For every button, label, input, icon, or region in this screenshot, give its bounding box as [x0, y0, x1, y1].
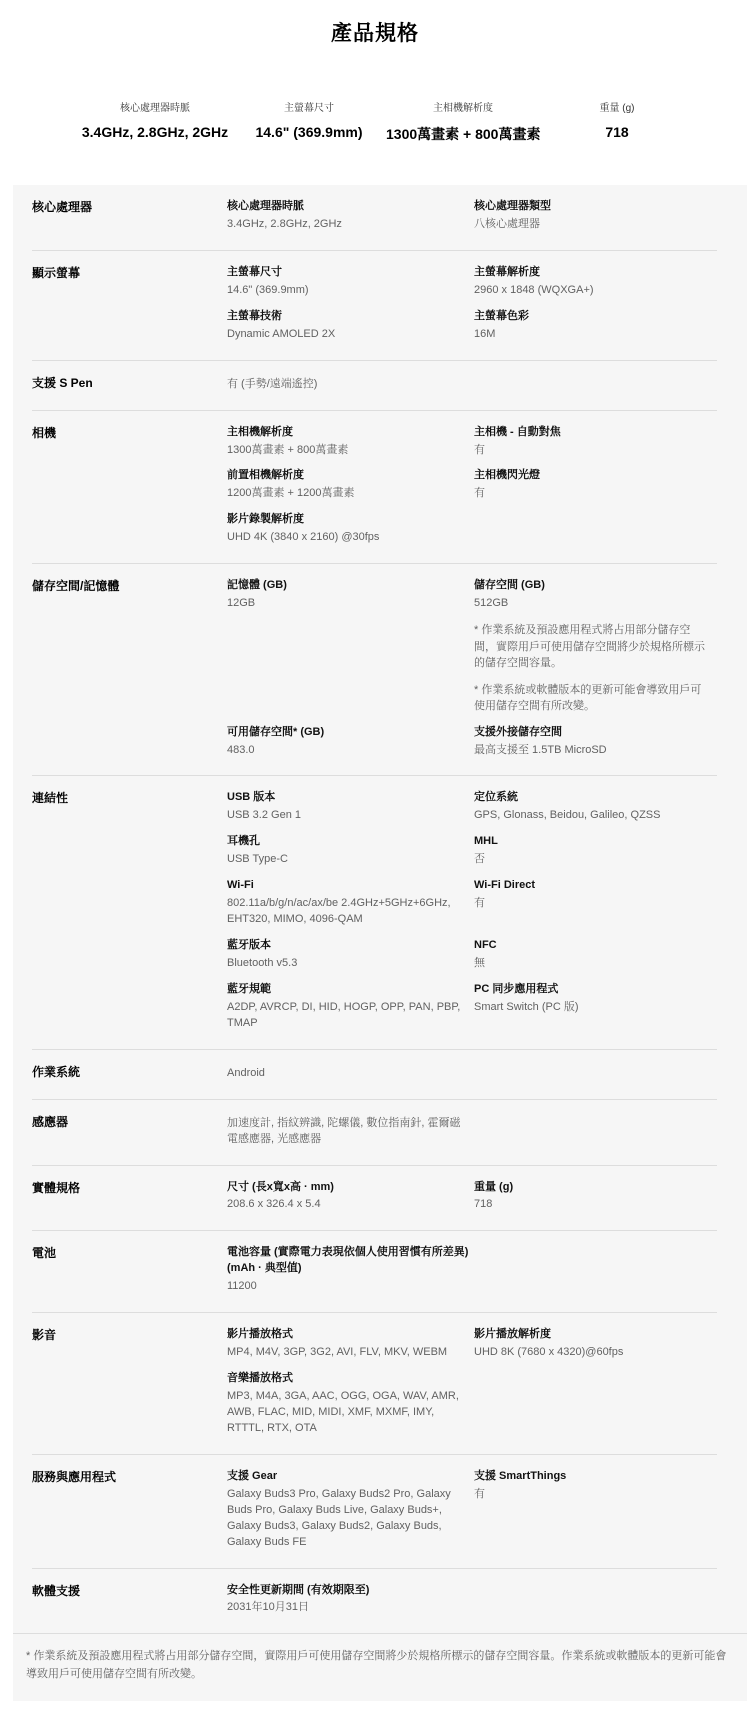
spec-field: 主螢幕色彩16M [474, 309, 717, 343]
field-value: 483.0 [227, 743, 464, 759]
field-label: 主相機解析度 [227, 425, 464, 441]
field-label: 主相機閃光燈 [474, 468, 707, 484]
field-label: 主螢幕技術 [227, 309, 464, 325]
spec-field: MHL否 [474, 834, 717, 868]
field-value: 無 [474, 956, 707, 972]
field-value: 1200萬畫素 + 1200萬畫素 [227, 486, 464, 502]
section-name: 核心處理器 [32, 199, 227, 233]
spec-field: 核心處理器類型八核心處理器 [474, 199, 717, 233]
field-label: 主螢幕色彩 [474, 309, 707, 325]
field-value: UHD 8K (7680 x 4320)@60fps [474, 1345, 707, 1361]
spec-field: Wi-Fi Direct有 [474, 878, 717, 928]
spec-field: 支援 SmartThings有 [474, 1469, 717, 1551]
field-value: MP3, M4A, 3GA, AAC, OGG, OGA, WAV, AMR, … [227, 1389, 464, 1437]
section-name: 電池 [32, 1245, 227, 1295]
field-label-line2: (mAh · 典型值) [227, 1261, 707, 1277]
field-value: 208.6 x 326.4 x 5.4 [227, 1197, 464, 1213]
field-value: 最高支援至 1.5TB MicroSD [474, 743, 707, 759]
spec-summary-bar: 核心處理器時脈3.4GHz, 2.8GHz, 2GHz主螢幕尺寸14.6" (3… [22, 99, 750, 144]
field-value: 512GB [474, 596, 707, 612]
field-label: USB 版本 [227, 790, 464, 806]
field-label: 支援 Gear [227, 1469, 464, 1485]
field-label: 定位系統 [474, 790, 707, 806]
spec-field: 安全性更新期間 (有效期限至)2031年10月31日 [227, 1583, 474, 1617]
field-value: USB Type-C [227, 852, 464, 868]
field-label: NFC [474, 938, 707, 954]
field-label: 影片播放格式 [227, 1327, 464, 1343]
field-label: 藍牙規範 [227, 982, 464, 998]
field-value: 2031年10月31日 [227, 1600, 464, 1616]
field-label: PC 同步應用程式 [474, 982, 707, 998]
field-label: Wi-Fi Direct [474, 878, 707, 894]
spec-field: 支援 GearGalaxy Buds3 Pro, Galaxy Buds2 Pr… [227, 1469, 474, 1551]
section-row: 感應器加速度計, 指紋辨識, 陀螺儀, 數位指南針, 霍爾磁電感應器, 光感應器 [32, 1099, 717, 1165]
spec-table: 核心處理器核心處理器時脈3.4GHz, 2.8GHz, 2GHz核心處理器類型八… [13, 185, 747, 1701]
section-name: 影音 [32, 1327, 227, 1361]
field-label: 尺寸 (長x寬x高 · mm) [227, 1180, 464, 1196]
field-value: 16M [474, 327, 707, 343]
field-label: 主螢幕解析度 [474, 265, 707, 281]
spec-field: 前置相機解析度1200萬畫素 + 1200萬畫素 [227, 468, 474, 502]
field-value: 有 (手勢/遠端遙控) [227, 377, 464, 393]
field-label: 主相機 - 自動對焦 [474, 425, 707, 441]
section-row: 支援 S Pen有 (手勢/遠端遙控) [32, 360, 717, 410]
spec-field: NFC無 [474, 938, 717, 972]
section-name: 儲存空間/記憶體 [32, 578, 227, 612]
field-label: 耳機孔 [227, 834, 464, 850]
field-label: Wi-Fi [227, 878, 464, 894]
field-value: 否 [474, 852, 707, 868]
spec-field: 電池容量 (實際電力表現依個人使用習慣有所差異)(mAh · 典型值)11200 [227, 1245, 717, 1295]
field-label: 電池容量 (實際電力表現依個人使用習慣有所差異) [227, 1245, 707, 1261]
summary-label: 重量 (g) [540, 99, 694, 114]
summary-item: 主相機解析度1300萬畫素 + 800萬畫素 [386, 99, 540, 144]
spec-field: 藍牙規範A2DP, AVRCP, DI, HID, HOGP, OPP, PAN… [227, 982, 474, 1032]
field-value: GPS, Glonass, Beidou, Galileo, QZSS [474, 808, 707, 824]
field-label: 核心處理器類型 [474, 199, 707, 215]
field-label: 安全性更新期間 (有效期限至) [227, 1583, 464, 1599]
field-label: MHL [474, 834, 707, 850]
field-label: 主螢幕尺寸 [227, 265, 464, 281]
section-name: 支援 S Pen [32, 375, 227, 393]
summary-label: 核心處理器時脈 [78, 99, 232, 114]
spec-field: USB 版本USB 3.2 Gen 1 [227, 790, 474, 824]
section-name: 相機 [32, 425, 227, 459]
field-value: Android [227, 1066, 464, 1082]
note-text: * 作業系統及預設應用程式將占用部分儲存空間，實際用戶可使用儲存空間將少於規格所… [474, 622, 707, 672]
field-value: 八核心處理器 [474, 217, 707, 233]
spec-field: PC 同步應用程式Smart Switch (PC 版) [474, 982, 717, 1032]
field-value: UHD 4K (3840 x 2160) @30fps [227, 530, 464, 546]
spec-field: 重量 (g)718 [474, 1180, 717, 1214]
spec-field: 記憶體 (GB)12GB [227, 578, 474, 612]
section-row: 顯示螢幕主螢幕尺寸14.6" (369.9mm)主螢幕解析度2960 x 184… [32, 250, 717, 360]
section-name: 服務與應用程式 [32, 1469, 227, 1551]
field-label: 影片錄製解析度 [227, 512, 464, 528]
storage-note: * 作業系統及預設應用程式將占用部分儲存空間，實際用戶可使用儲存空間將少於規格所… [474, 622, 717, 672]
section-row: 軟體支援安全性更新期間 (有效期限至)2031年10月31日 [32, 1568, 717, 1634]
storage-note: * 作業系統或軟體版本的更新可能會導致用戶可使用儲存空間有所改變。 [474, 682, 717, 715]
section-row: 影音影片播放格式MP4, M4V, 3GP, 3G2, AVI, FLV, MK… [32, 1312, 717, 1454]
section-row: 儲存空間/記憶體記憶體 (GB)12GB儲存空間 (GB)512GB* 作業系統… [32, 563, 717, 775]
field-value: Smart Switch (PC 版) [474, 1000, 707, 1016]
spec-field: 核心處理器時脈3.4GHz, 2.8GHz, 2GHz [227, 199, 474, 233]
field-label: 儲存空間 (GB) [474, 578, 707, 594]
spec-field: 主螢幕尺寸14.6" (369.9mm) [227, 265, 474, 299]
section-row: 相機主相機解析度1300萬畫素 + 800萬畫素主相機 - 自動對焦有前置相機解… [32, 410, 717, 564]
spec-field: 支援外接儲存空間最高支援至 1.5TB MicroSD [474, 725, 717, 759]
spec-field: 定位系統GPS, Glonass, Beidou, Galileo, QZSS [474, 790, 717, 824]
summary-value: 14.6" (369.9mm) [232, 124, 386, 140]
field-value: 加速度計, 指紋辨識, 陀螺儀, 數位指南針, 霍爾磁電感應器, 光感應器 [227, 1116, 464, 1148]
summary-item: 核心處理器時脈3.4GHz, 2.8GHz, 2GHz [78, 99, 232, 144]
field-value: Bluetooth v5.3 [227, 956, 464, 972]
section-name: 感應器 [32, 1114, 227, 1148]
summary-value: 1300萬畫素 + 800萬畫素 [386, 124, 540, 144]
spec-field: 影片播放解析度UHD 8K (7680 x 4320)@60fps [474, 1327, 717, 1361]
field-label: 重量 (g) [474, 1180, 707, 1196]
field-value: Galaxy Buds3 Pro, Galaxy Buds2 Pro, Gala… [227, 1487, 464, 1551]
field-label: 支援外接儲存空間 [474, 725, 707, 741]
spec-field: 影片播放格式MP4, M4V, 3GP, 3G2, AVI, FLV, MKV,… [227, 1327, 474, 1361]
spec-field: 主相機閃光燈有 [474, 468, 717, 502]
section-row: 作業系統Android [32, 1049, 717, 1099]
field-value: USB 3.2 Gen 1 [227, 808, 464, 824]
spec-field: 藍牙版本Bluetooth v5.3 [227, 938, 474, 972]
spec-field: 主相機 - 自動對焦有 [474, 425, 717, 459]
spec-field: 有 (手勢/遠端遙控) [227, 375, 474, 393]
spec-field: 主相機解析度1300萬畫素 + 800萬畫素 [227, 425, 474, 459]
spec-field: Wi-Fi802.11a/b/g/n/ac/ax/be 2.4GHz+5GHz+… [227, 878, 474, 928]
section-row: 電池電池容量 (實際電力表現依個人使用習慣有所差異)(mAh · 典型值)112… [32, 1230, 717, 1312]
section-name: 軟體支援 [32, 1583, 227, 1617]
field-value: A2DP, AVRCP, DI, HID, HOGP, OPP, PAN, PB… [227, 1000, 464, 1032]
section-row: 實體規格尺寸 (長x寬x高 · mm)208.6 x 326.4 x 5.4重量… [32, 1165, 717, 1231]
field-label: 支援 SmartThings [474, 1469, 707, 1485]
section-row: 核心處理器核心處理器時脈3.4GHz, 2.8GHz, 2GHz核心處理器類型八… [32, 185, 717, 250]
spec-field: 音樂播放格式MP3, M4A, 3GA, AAC, OGG, OGA, WAV,… [227, 1371, 474, 1437]
field-value: 有 [474, 443, 707, 459]
spec-field: 儲存空間 (GB)512GB [474, 578, 717, 612]
field-value: 11200 [227, 1279, 707, 1295]
spec-field: Android [227, 1064, 474, 1082]
field-label: 前置相機解析度 [227, 468, 464, 484]
field-value: MP4, M4V, 3GP, 3G2, AVI, FLV, MKV, WEBM [227, 1345, 464, 1361]
spec-field: 主螢幕解析度2960 x 1848 (WQXGA+) [474, 265, 717, 299]
summary-label: 主相機解析度 [386, 99, 540, 114]
section-row: 連結性USB 版本USB 3.2 Gen 1定位系統GPS, Glonass, … [32, 775, 717, 1048]
field-label: 核心處理器時脈 [227, 199, 464, 215]
spec-field: 可用儲存空間* (GB)483.0 [227, 725, 474, 759]
section-name: 連結性 [32, 790, 227, 824]
summary-label: 主螢幕尺寸 [232, 99, 386, 114]
field-value: 有 [474, 1487, 707, 1503]
page-title: 產品規格 [0, 0, 750, 47]
field-value: 14.6" (369.9mm) [227, 283, 464, 299]
summary-value: 3.4GHz, 2.8GHz, 2GHz [78, 124, 232, 140]
bottom-spacer [0, 1701, 750, 1711]
field-label: 記憶體 (GB) [227, 578, 464, 594]
summary-item: 主螢幕尺寸14.6" (369.9mm) [232, 99, 386, 144]
field-label: 藍牙版本 [227, 938, 464, 954]
field-value: 3.4GHz, 2.8GHz, 2GHz [227, 217, 464, 233]
storage-footnote: * 作業系統及預設應用程式將占用部分儲存空間，實際用戶可使用儲存空間將少於規格所… [13, 1633, 747, 1700]
field-value: Dynamic AMOLED 2X [227, 327, 464, 343]
spec-field: 影片錄製解析度UHD 4K (3840 x 2160) @30fps [227, 512, 474, 546]
summary-item: 重量 (g)718 [540, 99, 694, 144]
note-text: * 作業系統或軟體版本的更新可能會導致用戶可使用儲存空間有所改變。 [474, 682, 707, 715]
section-name: 作業系統 [32, 1064, 227, 1082]
field-label: 可用儲存空間* (GB) [227, 725, 464, 741]
section-name: 實體規格 [32, 1180, 227, 1214]
field-value: 718 [474, 1197, 707, 1213]
field-value: 2960 x 1848 (WQXGA+) [474, 283, 707, 299]
field-value: 有 [474, 486, 707, 502]
spec-field: 主螢幕技術Dynamic AMOLED 2X [227, 309, 474, 343]
field-value: 1300萬畫素 + 800萬畫素 [227, 443, 464, 459]
field-value: 802.11a/b/g/n/ac/ax/be 2.4GHz+5GHz+6GHz,… [227, 896, 464, 928]
field-value: 有 [474, 896, 707, 912]
section-row: 服務與應用程式支援 GearGalaxy Buds3 Pro, Galaxy B… [32, 1454, 717, 1568]
field-label: 影片播放解析度 [474, 1327, 707, 1343]
section-name: 顯示螢幕 [32, 265, 227, 299]
spec-field: 耳機孔USB Type-C [227, 834, 474, 868]
field-value: 12GB [227, 596, 464, 612]
spec-field: 加速度計, 指紋辨識, 陀螺儀, 數位指南針, 霍爾磁電感應器, 光感應器 [227, 1114, 474, 1148]
spec-field: 尺寸 (長x寬x高 · mm)208.6 x 326.4 x 5.4 [227, 1180, 474, 1214]
field-label: 音樂播放格式 [227, 1371, 464, 1387]
summary-value: 718 [540, 124, 694, 140]
